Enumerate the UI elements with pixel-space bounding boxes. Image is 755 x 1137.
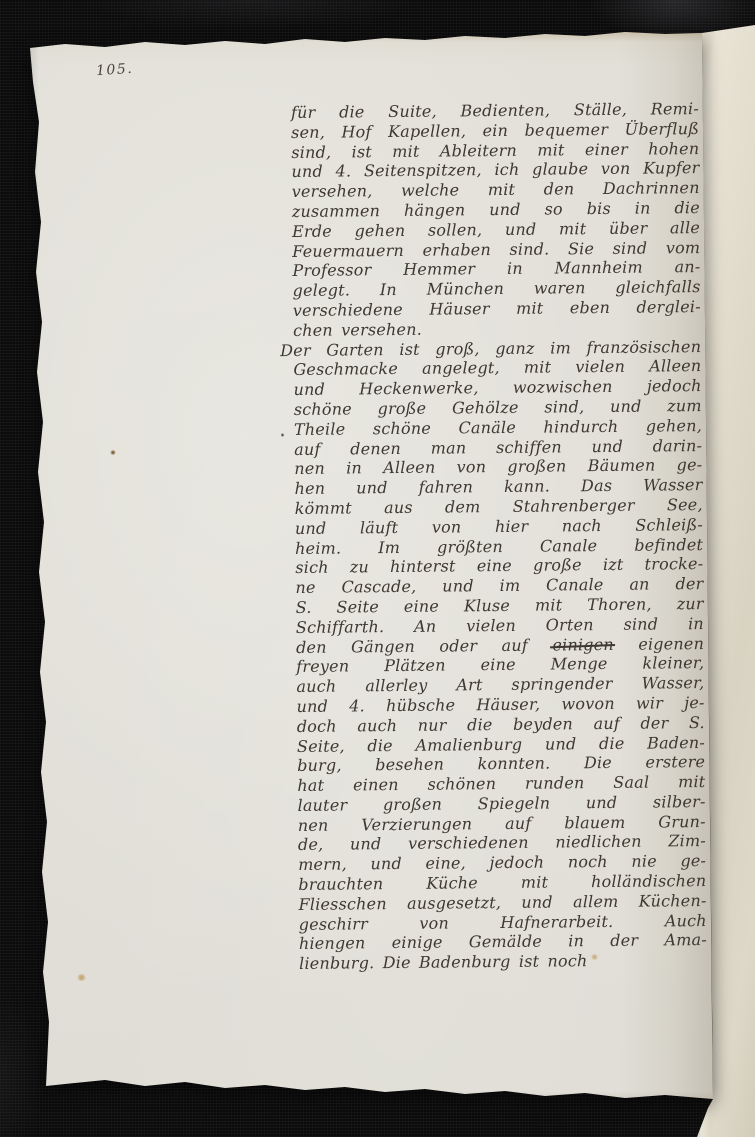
paragraph: für die Suite, Bedienten, Ställe, Remi-s… xyxy=(291,99,701,340)
deckle-edge-top xyxy=(25,30,715,42)
text-line: verschiedene Häuser mit eben derglei- xyxy=(293,297,701,321)
text-segment: den Gängen oder auf xyxy=(296,635,553,656)
foxing-spot xyxy=(38,1020,49,1029)
paragraph: Der Garten ist groß, ganz im französisch… xyxy=(293,337,707,974)
ink-speck xyxy=(281,433,284,437)
foxing-spot xyxy=(77,974,86,981)
foxing-spot xyxy=(110,450,116,455)
scan-viewport: 105. für die Suite, Bedienten, Ställe, R… xyxy=(0,0,755,1137)
handwritten-text-block: für die Suite, Bedienten, Ställe, Remi-s… xyxy=(291,99,707,974)
text-line: lienburg. Die Badenburg ist noch xyxy=(299,950,707,974)
deckle-edge-left xyxy=(29,22,39,1107)
manuscript-page-wrapper: 105. für die Suite, Bedienten, Ställe, R… xyxy=(0,0,755,1137)
manuscript-page: 105. für die Suite, Bedienten, Ställe, R… xyxy=(25,22,715,1107)
text-segment: eigenen xyxy=(614,634,704,654)
page-number: 105. xyxy=(95,61,133,80)
struck-word: einigen xyxy=(552,634,614,654)
deckle-edge-bottom xyxy=(25,1091,715,1103)
